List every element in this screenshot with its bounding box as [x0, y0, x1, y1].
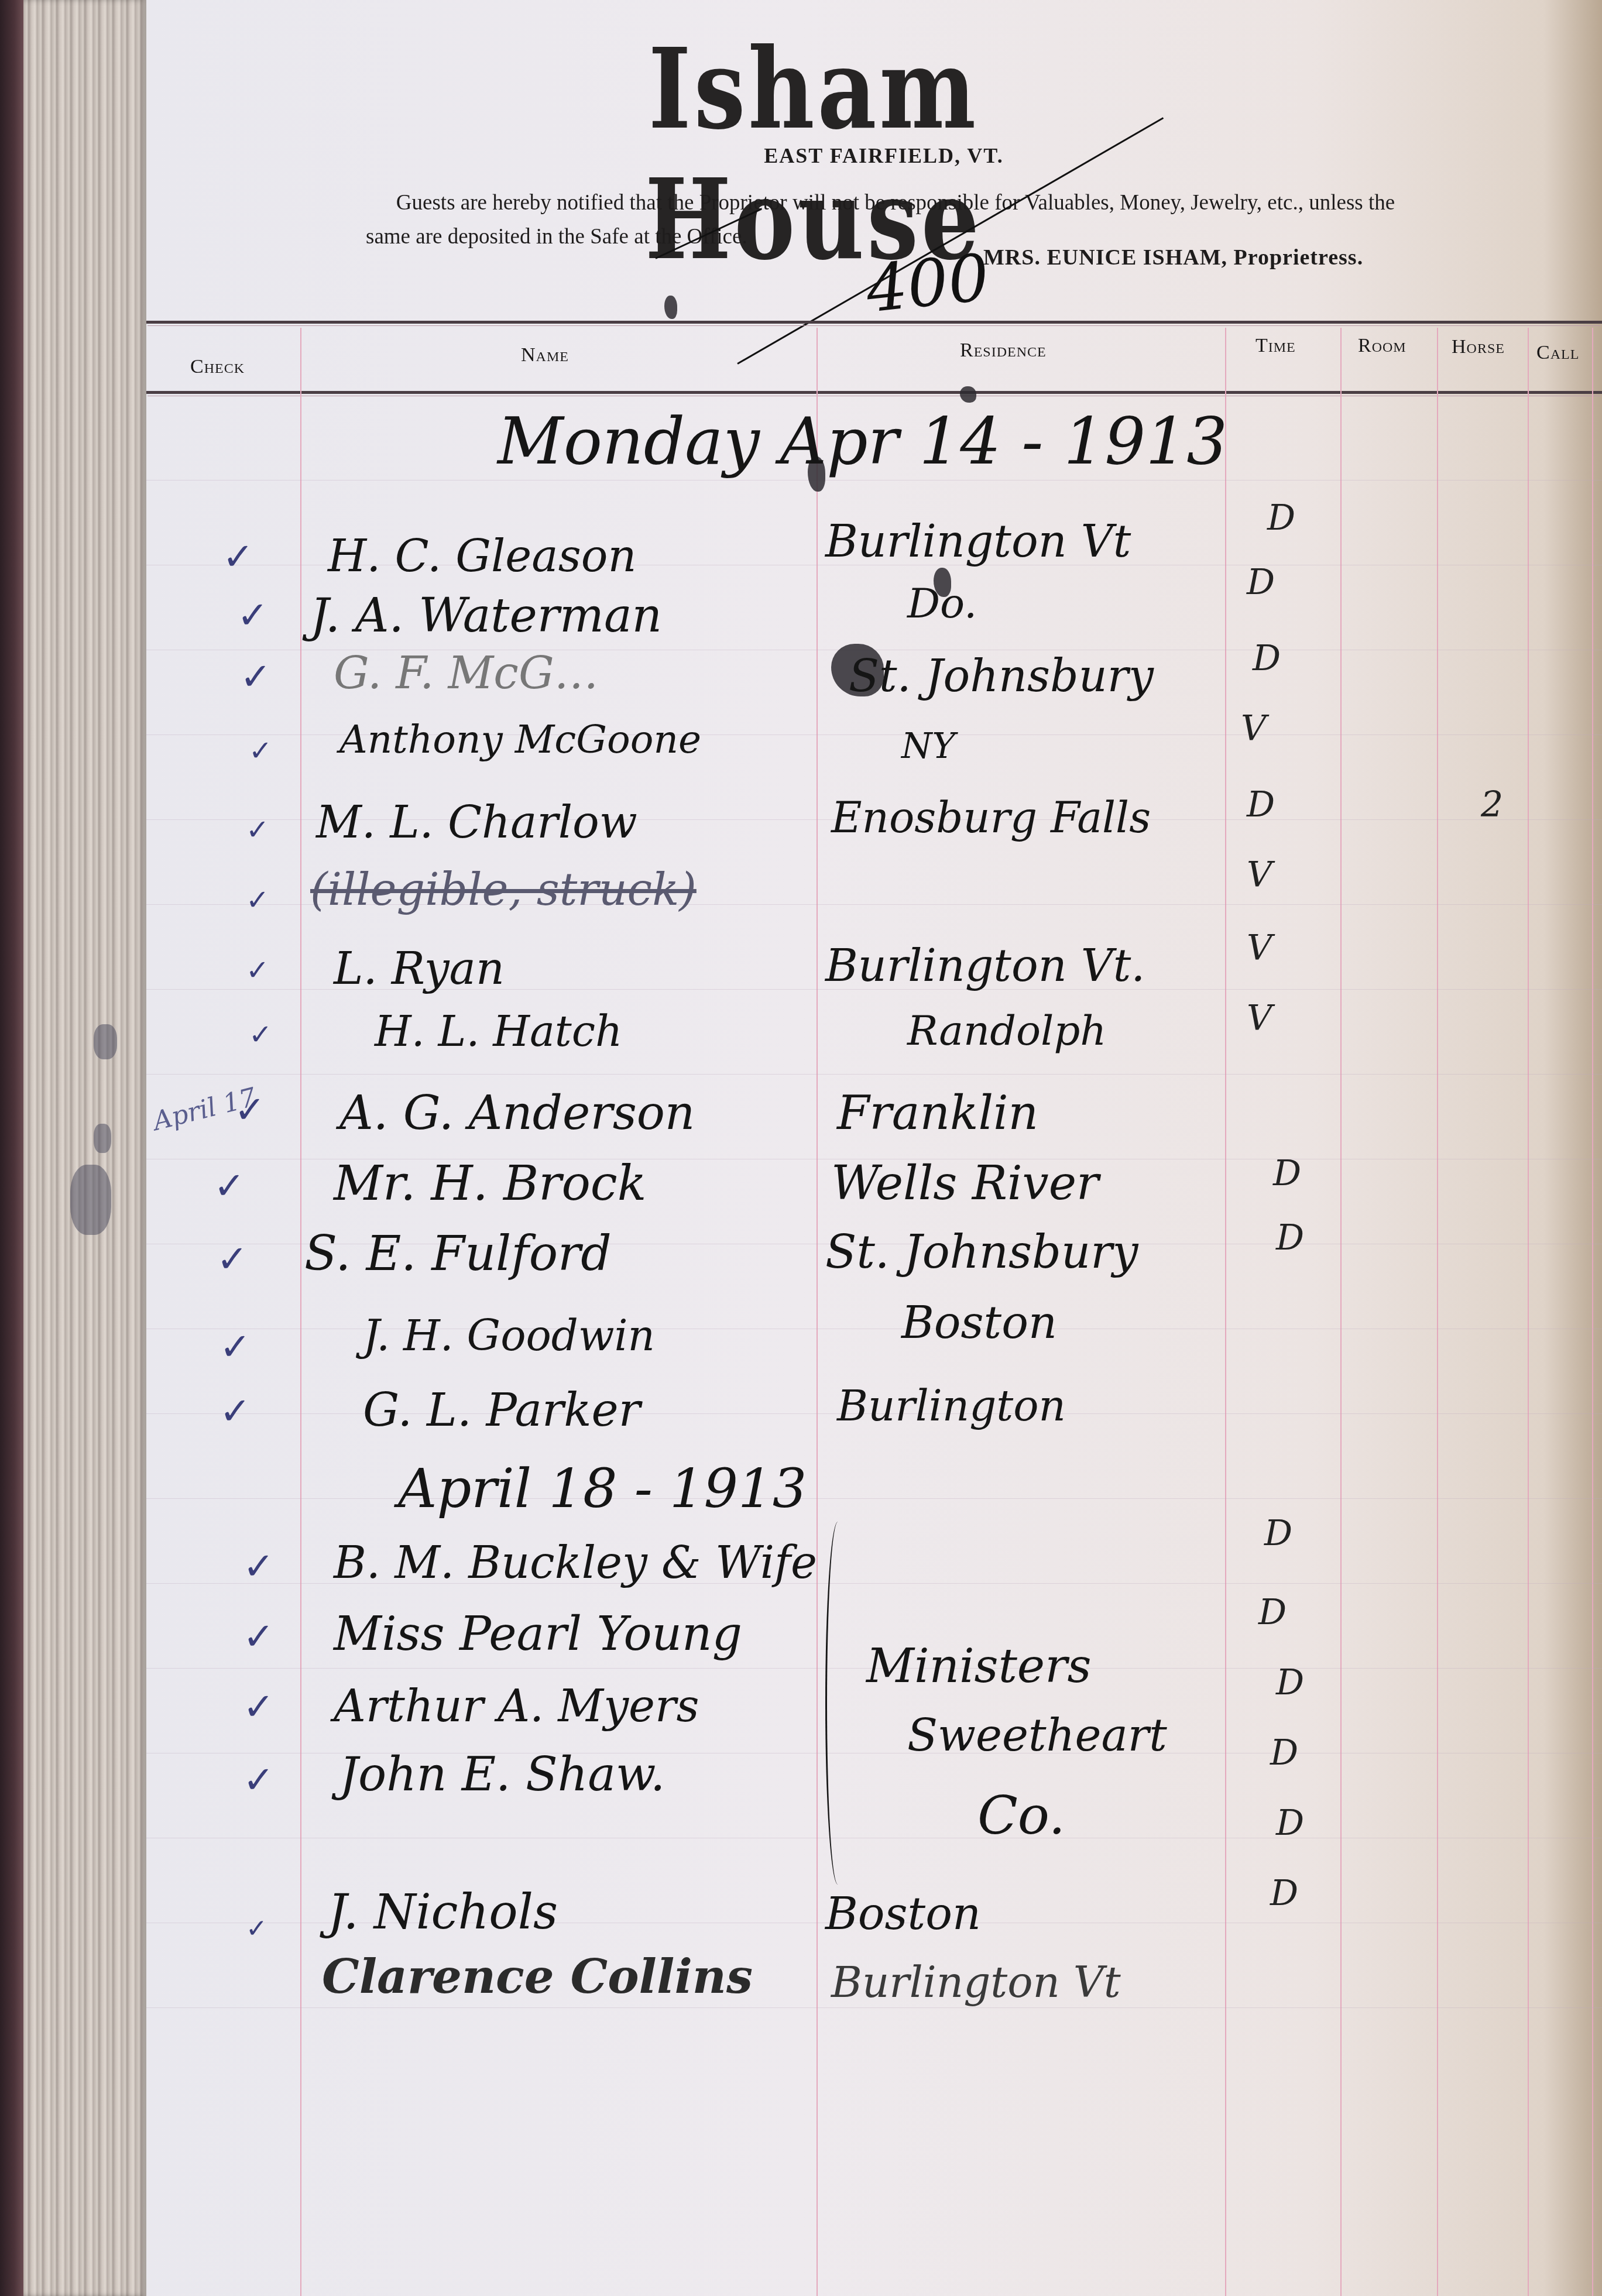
- column-header-name: Name: [521, 344, 569, 366]
- time-mark: D: [1267, 497, 1295, 538]
- time-mark: D: [1247, 784, 1275, 825]
- check-mark: ✓: [219, 1326, 251, 1369]
- time-mark: D: [1273, 1153, 1301, 1194]
- column-rule: [300, 328, 301, 2296]
- column-header-call: Call: [1536, 342, 1579, 364]
- column-rule: [1592, 328, 1593, 2296]
- guest-name: S. E. Fulford: [304, 1226, 612, 1282]
- column-rule: [817, 328, 818, 2296]
- column-header-residence: Residence: [960, 339, 1047, 362]
- row-rule: [146, 2007, 1602, 2008]
- guest-name: Clarence Collins: [322, 1949, 753, 2004]
- time-mark: D: [1276, 1217, 1304, 1258]
- guest-name-struck: (illegible, struck): [310, 863, 697, 915]
- guest-residence: Franklin: [837, 1086, 1038, 1140]
- guest-name: M. L. Charlow: [316, 796, 637, 848]
- check-mark: ✓: [219, 1390, 251, 1433]
- guest-name: L. Ryan: [334, 942, 505, 994]
- guest-residence: Sweetheart: [907, 1709, 1167, 1761]
- check-mark: ✓: [240, 655, 272, 699]
- time-mark: D: [1258, 1592, 1287, 1633]
- ink-stain: [70, 1165, 111, 1235]
- check-mark: ✓: [246, 814, 269, 846]
- time-mark: D: [1264, 1513, 1292, 1554]
- time-mark: D: [1276, 1803, 1304, 1844]
- check-mark: ✓: [217, 1238, 248, 1281]
- check-mark: ✓: [243, 1615, 275, 1659]
- guest-residence: Burlington Vt: [831, 1958, 1121, 2007]
- guest-name: Mr. H. Brock: [334, 1156, 646, 1212]
- column-header-check: Check: [190, 356, 245, 378]
- guest-residence: St. Johnsbury: [849, 650, 1154, 702]
- guest-name: Arthur A. Myers: [334, 1680, 699, 1732]
- guest-residence: NY: [901, 726, 955, 767]
- book-binding: [0, 0, 23, 2296]
- check-mark: ✓: [214, 1165, 245, 1208]
- guest-residence: Randolph: [907, 1007, 1106, 1055]
- row-rule: [146, 480, 1602, 481]
- row-rule: [146, 1074, 1602, 1075]
- guest-residence: Co.: [977, 1785, 1065, 1847]
- ink-stain: [94, 1124, 111, 1153]
- page-edges: [23, 0, 146, 2296]
- guest-residence: Ministers: [866, 1639, 1091, 1693]
- guest-name: H. L. Hatch: [375, 1007, 623, 1056]
- guest-residence: Boston: [901, 1296, 1057, 1348]
- guest-residence: St. Johnsbury: [825, 1226, 1138, 1279]
- guest-name: G. L. Parker: [363, 1384, 640, 1437]
- column-header-time: Time: [1255, 335, 1296, 357]
- check-mark: ✓: [237, 594, 269, 637]
- guest-residence: Burlington: [837, 1381, 1066, 1430]
- column-rule: [1528, 328, 1529, 2296]
- time-mark: D: [1247, 562, 1275, 603]
- column-rule: [1225, 328, 1226, 2296]
- guest-name: H. C. Gleason: [328, 530, 636, 582]
- guest-residence: Boston: [825, 1887, 981, 1940]
- check-mark: ✓: [222, 536, 254, 579]
- proprietress-name: MRS. EUNICE ISHAM, Proprietress.: [983, 245, 1363, 270]
- check-mark: ✓: [234, 1089, 266, 1132]
- time-mark: D: [1253, 638, 1281, 679]
- time-mark: V: [1247, 928, 1272, 969]
- liability-notice: Guests are hereby notified that the Prop…: [222, 186, 1569, 254]
- time-mark: V: [1247, 854, 1272, 895]
- date-heading: April 18 - 1913: [398, 1457, 807, 1520]
- time-mark: D: [1270, 1873, 1298, 1914]
- time-mark: D: [1276, 1662, 1304, 1703]
- ink-stain: [94, 1024, 117, 1059]
- register-page: Isham House EAST FAIRFIELD, VT. Guests a…: [146, 0, 1602, 2296]
- hotel-location: EAST FAIRFIELD, VT.: [708, 143, 1059, 168]
- guest-name: A. G. Anderson: [339, 1086, 695, 1140]
- time-mark: D: [1270, 1732, 1298, 1773]
- guest-residence: Burlington Vt.: [825, 939, 1145, 991]
- notice-line-1: Guests are hereby notified that the Prop…: [396, 191, 1395, 215]
- horse-count: 2: [1481, 784, 1503, 825]
- guest-residence: Do.: [907, 579, 977, 627]
- header-top-rule: [146, 321, 1602, 324]
- date-heading: Monday Apr 14 - 1913: [498, 404, 1227, 479]
- check-mark: ✓: [246, 954, 269, 987]
- check-mark: ✓: [246, 884, 269, 917]
- column-header-row: Check Name Residence Time Room Horse Cal…: [146, 328, 1602, 398]
- check-mark: ✓: [243, 1686, 275, 1729]
- guest-name: G. F. McG…: [334, 647, 599, 699]
- guest-residence: Enosburg Falls: [831, 793, 1151, 842]
- check-mark: ✓: [249, 1018, 272, 1051]
- column-header-room: Room: [1358, 335, 1407, 357]
- guest-residence: Wells River: [831, 1156, 1099, 1210]
- guest-name: Anthony McGoone: [339, 717, 701, 762]
- guest-name: Miss Pearl Young: [334, 1607, 742, 1661]
- guest-name: B. M. Buckley & Wife: [334, 1536, 817, 1588]
- row-rule: [146, 1498, 1602, 1499]
- check-mark: ✓: [249, 735, 272, 767]
- guest-name: J. Nichols: [328, 1885, 558, 1940]
- ink-blot: [960, 386, 976, 403]
- row-rule: [146, 1838, 1602, 1838]
- guest-name: John E. Shaw.: [339, 1747, 665, 1801]
- guest-name: J. A. Waterman: [310, 588, 662, 643]
- guest-name: J. H. Goodwin: [363, 1311, 655, 1360]
- time-mark: V: [1241, 708, 1266, 749]
- check-mark: ✓: [246, 1914, 267, 1944]
- group-bracket: [825, 1522, 850, 1885]
- guest-residence: Burlington Vt: [825, 515, 1131, 567]
- check-mark: ✓: [243, 1759, 275, 1802]
- column-rule: [1340, 328, 1342, 2296]
- check-mark: ✓: [243, 1545, 275, 1588]
- time-mark: V: [1247, 998, 1272, 1039]
- column-rule: [1437, 328, 1438, 2296]
- ink-blot: [664, 296, 677, 319]
- column-header-horse: Horse: [1452, 336, 1505, 358]
